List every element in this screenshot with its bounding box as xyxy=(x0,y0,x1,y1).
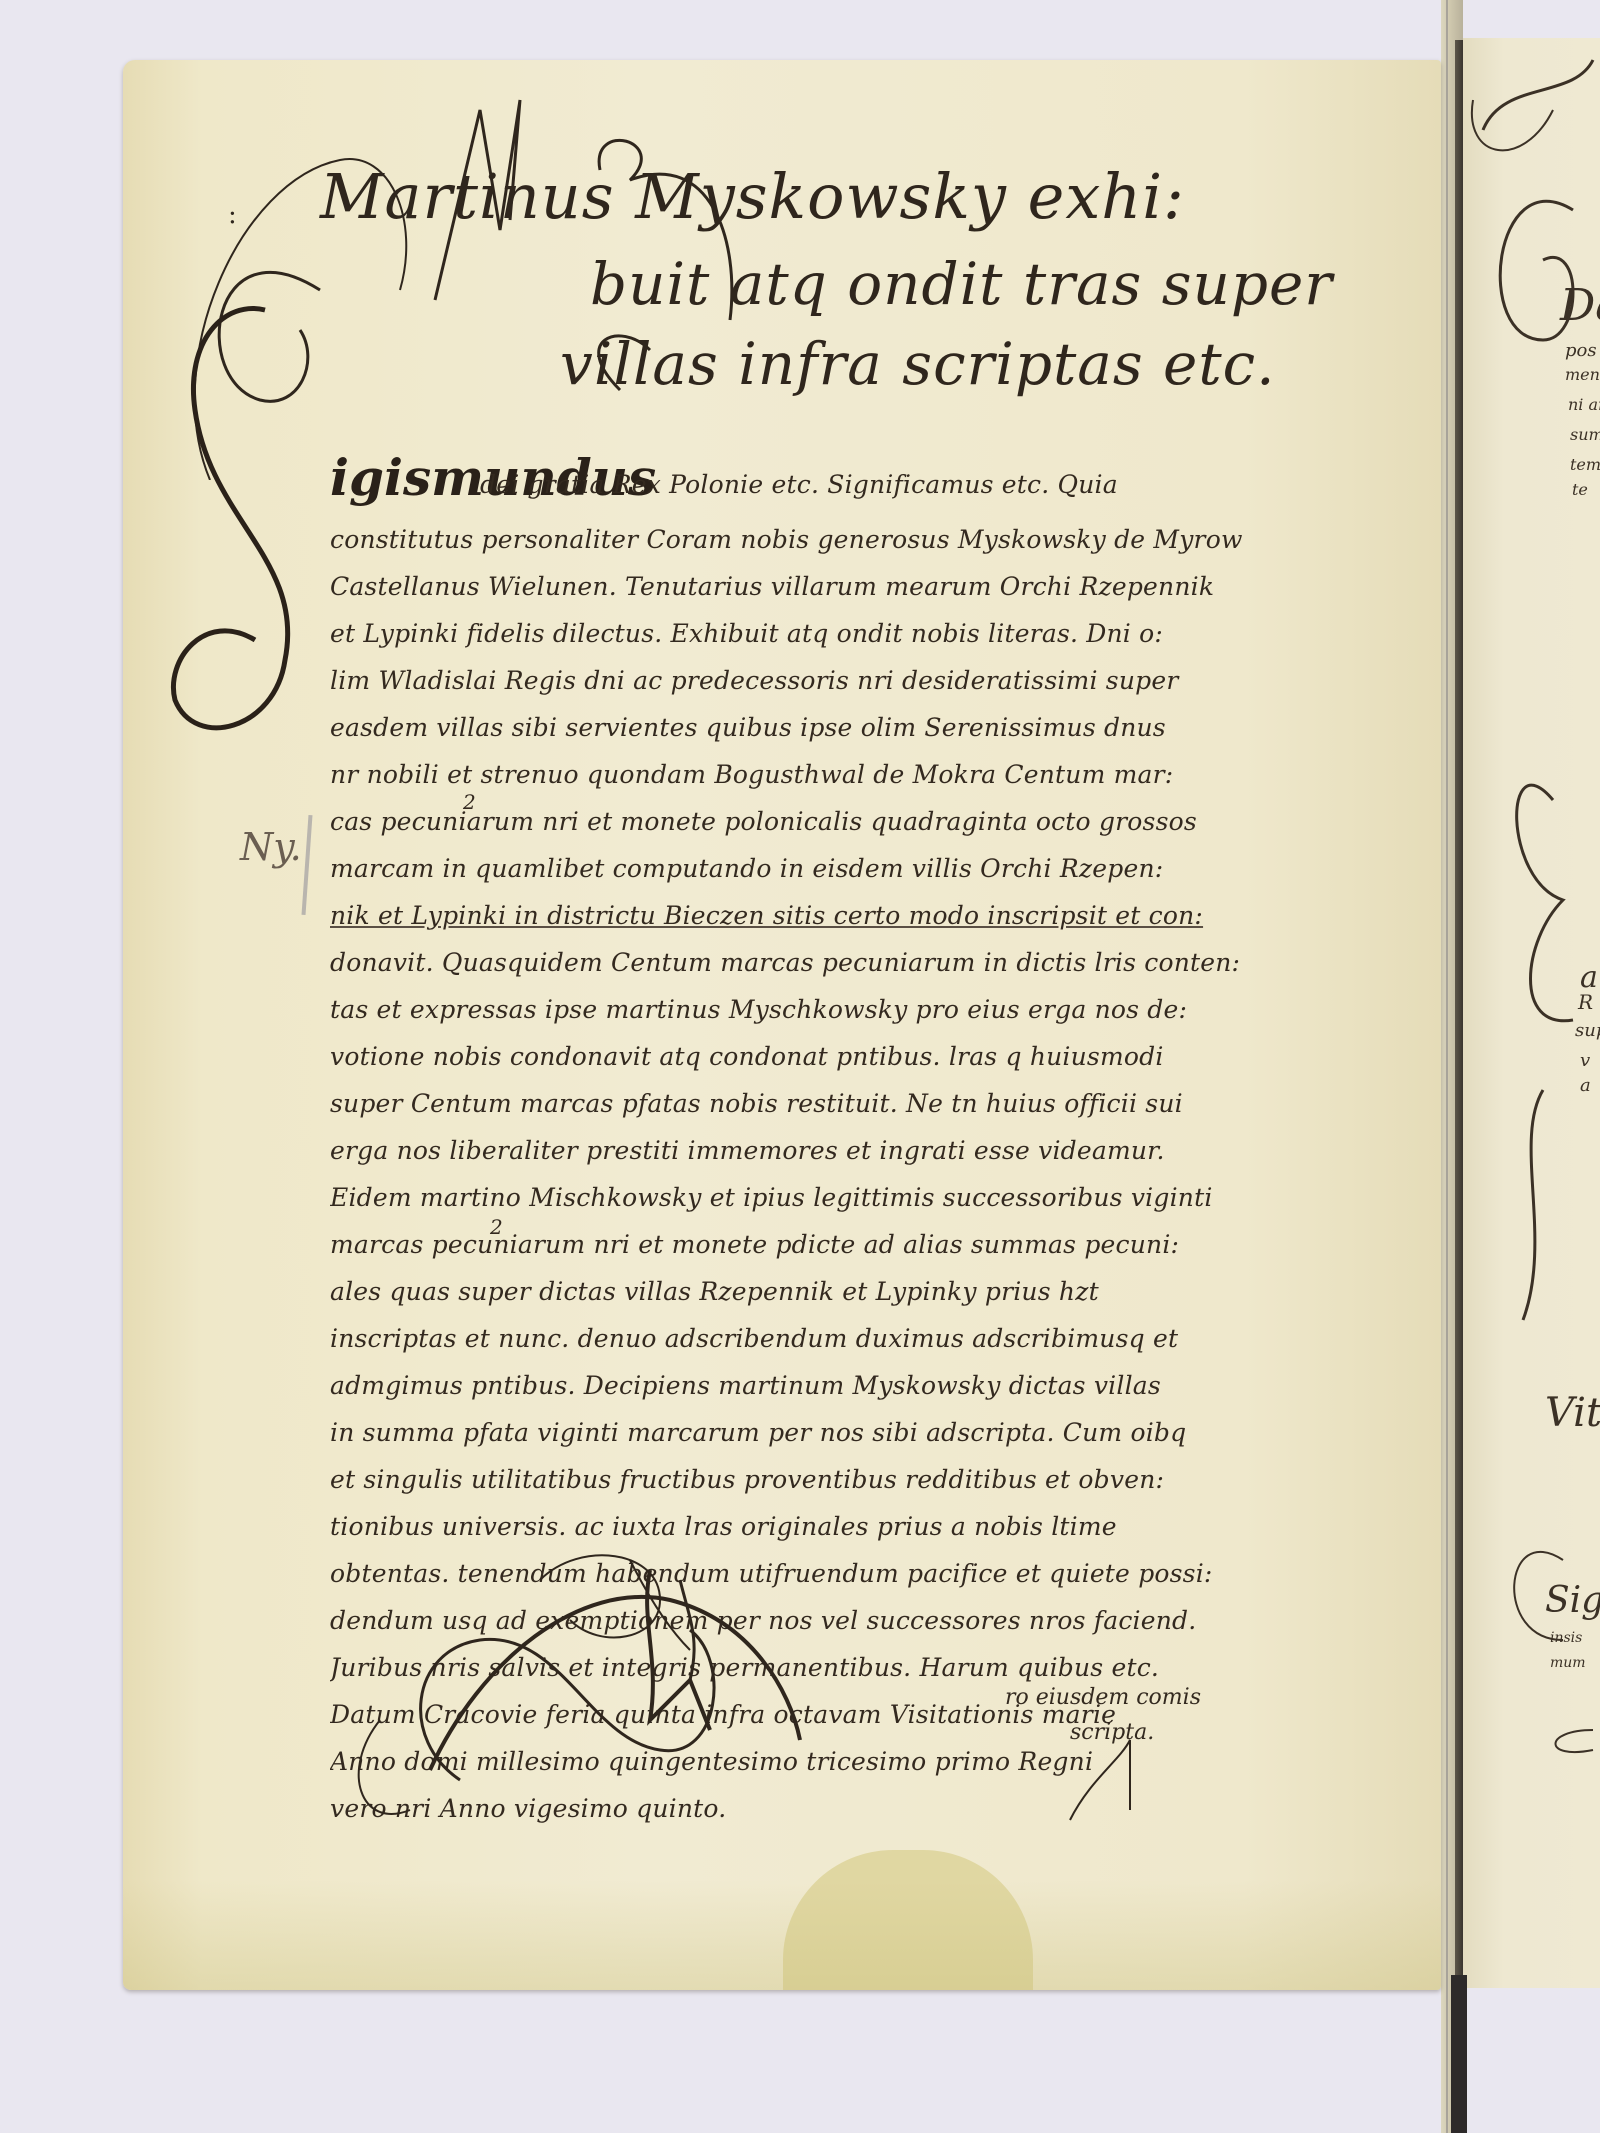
adjacent-fragment: men xyxy=(1565,365,1600,384)
body-line-9: marcam in quamlibet computando in eisdem… xyxy=(330,854,1390,883)
gutter-edge xyxy=(1446,0,1448,2133)
heading-line-2: buit atq ondit tras super xyxy=(590,250,1333,318)
margin-mark: : xyxy=(228,200,237,230)
adjacent-fragment: insis xyxy=(1550,1630,1582,1646)
body-line-1: dei gratia Rex Polonie etc. Significamus… xyxy=(480,470,1390,499)
body-line-4: et Lypinki fidelis dilectus. Exhibuit at… xyxy=(330,619,1390,648)
body-line-28: Anno domi millesimo quingentesimo trices… xyxy=(330,1747,1390,1776)
body-line-3: Castellanus Wielunen. Tenutarius villaru… xyxy=(330,572,1390,601)
adjacent-fragment: te xyxy=(1572,480,1588,499)
adjacent-fragment: Vitt xyxy=(1545,1390,1600,1436)
body-line-23: tionibus universis. ac iuxta lras origin… xyxy=(330,1512,1390,1541)
body-line-13: votione nobis condonavit atq condonat pn… xyxy=(330,1042,1390,1071)
adjacent-fragment: tem xyxy=(1570,455,1600,474)
body-line-24: obtentas. tenendum habendum utifruendum … xyxy=(330,1559,1390,1588)
adjacent-fragment: v xyxy=(1580,1050,1590,1071)
body-line-17: marcas pecuniarum nri et monete pdicte a… xyxy=(330,1230,1390,1259)
adjacent-fragment: pos xyxy=(1565,340,1597,361)
adjacent-fragment: R xyxy=(1578,990,1593,1014)
body-line-7: nr nobili et strenuo quondam Bogusthwal … xyxy=(330,760,1390,789)
body-line-12: tas et expressas ipse martinus Myschkows… xyxy=(330,995,1390,1024)
heading-line-1: Martinus Myskowsky exhi: xyxy=(320,160,1185,233)
adjacent-fragment: mum xyxy=(1550,1655,1586,1671)
margin-annotation: Ny. xyxy=(240,825,302,869)
adjacent-fragment: sum xyxy=(1570,425,1600,444)
book-spine xyxy=(1455,40,1463,2133)
subscription-line-1: ro eiusdem comis xyxy=(1005,1685,1201,1710)
body-line-26: Juribus nris salvis et integris permanen… xyxy=(330,1653,1390,1682)
body-line-6: easdem villas sibi servientes quibus ips… xyxy=(330,713,1390,742)
body-line-5: lim Wladislai Regis dni ac predecessoris… xyxy=(330,666,1390,695)
body-line-19: inscriptas et nunc. denuo adscribendum d… xyxy=(330,1324,1390,1353)
body-line-8: cas pecuniarum nri et monete polonicalis… xyxy=(330,807,1390,836)
body-line-22: et singulis utilitatibus fructibus prove… xyxy=(330,1465,1390,1494)
adjacent-fragment: Dat xyxy=(1560,280,1600,331)
body-line-25: dendum usq ad exemptionem per nos vel su… xyxy=(330,1606,1390,1635)
body-line-16: Eidem martino Mischkowsky et ipius legit… xyxy=(330,1183,1390,1212)
subscription-line-2: scripta. xyxy=(1070,1720,1154,1745)
body-line-14: super Centum marcas pfatas nobis restitu… xyxy=(330,1089,1390,1118)
adjacent-fragment: a xyxy=(1580,1075,1591,1096)
water-stain xyxy=(783,1850,1033,1990)
heading-line-3: villas infra scriptas etc. xyxy=(560,330,1276,398)
body-line-20: admgimus pntibus. Decipiens martinum Mys… xyxy=(330,1371,1390,1400)
adjacent-fragment: sup xyxy=(1575,1020,1600,1041)
adjacent-fragment: Sigism xyxy=(1545,1580,1600,1621)
body-line-2: constitutus personaliter Coram nobis gen… xyxy=(330,525,1390,554)
body-line-10: nik et Lypinki in districtu Bieczen siti… xyxy=(330,901,1390,930)
body-line-15: erga nos liberaliter prestiti immemores … xyxy=(330,1136,1390,1165)
body-line-29: vero nri Anno vigesimo quinto. xyxy=(330,1794,1390,1823)
spine-bottom xyxy=(1451,1975,1467,2133)
body-line-27: Datum Cracovie feria quinta infra octava… xyxy=(330,1700,1390,1729)
body-line-18: ales quas super dictas villas Rzepennik … xyxy=(330,1277,1390,1306)
body-line-21: in summa pfata viginti marcarum per nos … xyxy=(330,1418,1390,1447)
body-line-11: donavit. Quasquidem Centum marcas pecuni… xyxy=(330,948,1390,977)
adjacent-fragment: ni an xyxy=(1568,395,1600,414)
